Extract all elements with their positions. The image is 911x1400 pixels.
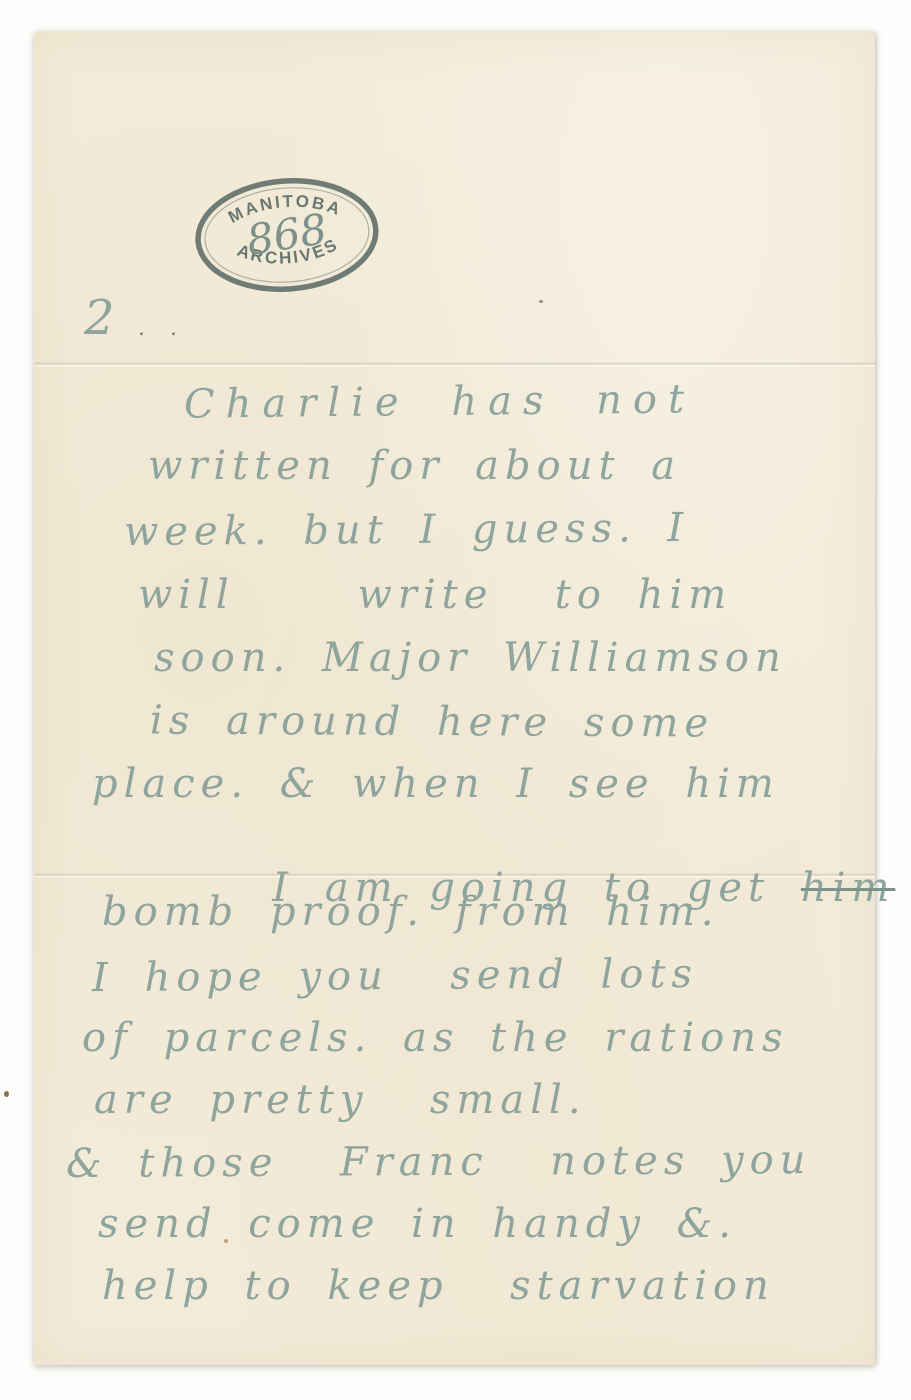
handwritten-line: will write to him bbox=[138, 575, 732, 615]
handwritten-line: are pretty small. bbox=[94, 1080, 587, 1120]
handwritten-line: bomb proof. from him. bbox=[102, 892, 720, 932]
scan-background: MANITOBA ARCHIVES 868 2 . . Charlie has … bbox=[0, 0, 911, 1400]
line-segment: a bbox=[895, 865, 911, 911]
handwritten-line: week. but I guess. I bbox=[124, 508, 690, 552]
handwritten-line: written for about a bbox=[148, 446, 681, 486]
ink-speck bbox=[4, 1091, 9, 1097]
handwritten-line: is around here some bbox=[150, 701, 714, 744]
stamp-oval: MANITOBA ARCHIVES 868 bbox=[187, 169, 387, 302]
letter-scan-page: MANITOBA ARCHIVES 868 2 . . Charlie has … bbox=[34, 32, 875, 1365]
struck-word: him bbox=[801, 865, 895, 911]
page-number: 2 bbox=[84, 290, 115, 346]
handwritten-line: soon. Major Williamson bbox=[154, 638, 787, 678]
handwritten-line: help to keep starvation bbox=[102, 1266, 775, 1306]
page-number-dots: . . bbox=[138, 316, 186, 341]
handwritten-line: send come in handy &. bbox=[98, 1204, 737, 1244]
handwritten-line: & those Franc notes you bbox=[66, 1140, 812, 1184]
handwritten-line: I hope you send lots bbox=[92, 954, 698, 998]
handwritten-line: place. & when I see him bbox=[92, 764, 780, 804]
ink-speck bbox=[539, 300, 543, 303]
handwritten-line: Charlie has not bbox=[184, 379, 695, 424]
archive-stamp: MANITOBA ARCHIVES 868 bbox=[187, 169, 387, 302]
fold-crease bbox=[34, 362, 875, 367]
ink-speck bbox=[224, 1239, 228, 1243]
handwritten-line: of parcels. as the rations bbox=[82, 1018, 789, 1058]
